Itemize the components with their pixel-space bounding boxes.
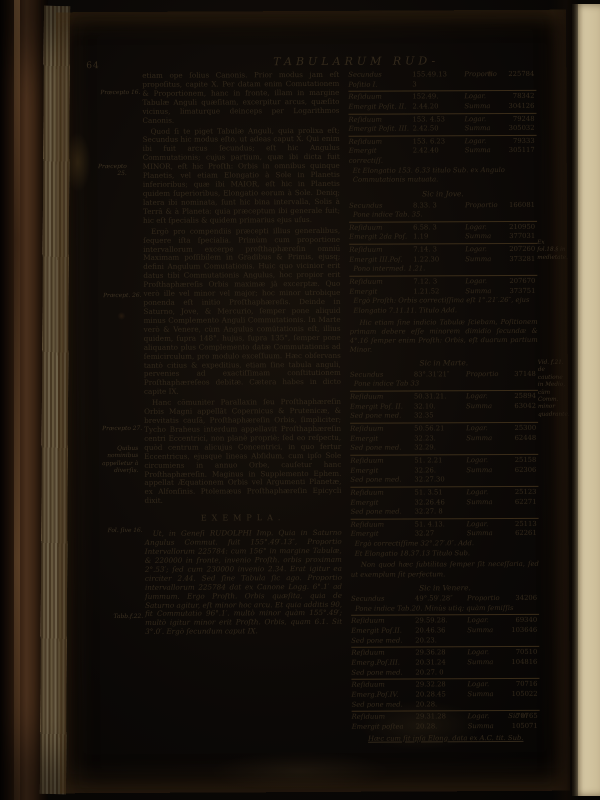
table-row: Reſiduum29.32.28Logar.70716 bbox=[351, 678, 539, 691]
table-row: Reſiduum51. 4.13.Logar.25113 bbox=[351, 518, 539, 531]
table-cell: Summa bbox=[465, 233, 497, 243]
table-cell: 62271 bbox=[501, 497, 539, 507]
table-cell: Summa bbox=[465, 147, 497, 166]
table-cell: 32.27 bbox=[415, 530, 465, 540]
table-cell: 69340 bbox=[501, 616, 539, 626]
table-cell: Logar. bbox=[465, 223, 497, 233]
table-row: Emergit correctiſſ.2.42.40Summa305117 bbox=[349, 146, 537, 166]
table-row: Emergit Poſit. II.2.44.20Summa304126 bbox=[348, 102, 536, 113]
table-cell: Logar. bbox=[467, 617, 499, 627]
table-cell: Logar. bbox=[466, 456, 498, 466]
table-row: Sed pone med.20.27. 0 bbox=[351, 668, 539, 679]
table-note: Non quod hæc ſubtilitas ſemper ſit neceſ… bbox=[351, 560, 539, 579]
table-row: Poſitio I.3 bbox=[348, 79, 536, 90]
table-row: Reſiduum6.58. 3Logar.210950 bbox=[349, 221, 537, 234]
table-cell: Sed pone med. bbox=[352, 700, 414, 710]
table-cell: 32.10. bbox=[414, 402, 464, 412]
table-cell: Summa bbox=[468, 722, 500, 732]
table-row: Reſiduum50.31.21.Logar.25894 bbox=[350, 390, 538, 403]
table-cell: 207670 bbox=[499, 277, 537, 287]
table-cell bbox=[466, 443, 498, 453]
table-note: Hæc cum ſit ipſa Elong. data ex A.C. tit… bbox=[352, 733, 540, 744]
table-note: Et Elongatio 153. 6.33 titulo Sub. ex An… bbox=[349, 166, 537, 186]
table-cell: Proportio bbox=[466, 370, 498, 380]
table-row: Sed pone med.20.28. bbox=[352, 699, 540, 710]
table-cell: Emergit bbox=[351, 530, 413, 540]
table-row: Sed pone med.32.27. 8 bbox=[351, 507, 539, 518]
section-heading: EXEMPLA. bbox=[145, 513, 342, 524]
table-cell: Emergit Poſit. II. bbox=[348, 102, 410, 112]
table-cell: Emergit bbox=[350, 434, 412, 444]
table-cell: Emerg.Poſ.III. bbox=[351, 659, 413, 669]
paragraph: Hanc cōmuniter Parallaxin ſeu Proſthaphæ… bbox=[144, 398, 342, 506]
table-cell: 25113 bbox=[501, 520, 539, 530]
table-cell: 155.49.13 bbox=[412, 70, 462, 80]
table-cell: Summa bbox=[464, 102, 496, 112]
paragraph-example: Ut, in Geneſi RUDOLPHI Imp. Quia in Satu… bbox=[145, 529, 343, 637]
table-cell: Emergit III.Poſ. bbox=[349, 255, 411, 265]
table-cell: Secundus bbox=[349, 201, 411, 211]
table-cell: Emergit 2da Poſ. bbox=[349, 233, 411, 243]
table-cell: Logar. bbox=[465, 245, 497, 255]
table-row: Reſiduum50.56.21Logar.25300 bbox=[350, 422, 538, 435]
table-cell: Summa bbox=[466, 402, 498, 412]
table-row: Reſiduum153. 6.23Logar.79333 bbox=[349, 135, 537, 148]
table-cell: 377031 bbox=[499, 232, 537, 242]
table-cell: 104816 bbox=[501, 658, 539, 668]
table-section-heading: Sic in Venere. bbox=[351, 583, 539, 594]
margin-note: Præcepto 25. bbox=[87, 164, 127, 179]
table-cell: 49°.59′.28″ bbox=[415, 594, 465, 604]
spine-highlight bbox=[14, 0, 20, 800]
table-cell: Secundus bbox=[348, 70, 410, 80]
table-cell: 34206 bbox=[501, 594, 539, 604]
table-cell bbox=[466, 475, 498, 485]
table-cell: Proportio bbox=[467, 594, 499, 604]
table-cell: 210950 bbox=[499, 223, 537, 233]
table-cell: 32.23. bbox=[414, 434, 464, 444]
table-cell: Secundus bbox=[351, 595, 413, 605]
table-cell: Logar. bbox=[464, 92, 496, 102]
table-cell: 225784 bbox=[498, 70, 536, 80]
table-cell: 153. 6.23 bbox=[413, 137, 463, 147]
table-row: Reſiduum152.49.Logar.78342 bbox=[348, 90, 536, 103]
table-cell: Emerg.Poſ.IV. bbox=[352, 690, 414, 700]
table-cell: Reſiduum bbox=[349, 223, 411, 233]
table-section-heading: Sic in Marte. bbox=[350, 358, 538, 369]
table-cell: 1.22.30 bbox=[413, 255, 463, 265]
table-note: Hic etiam ſine indicio Tabulæ ſciebam, P… bbox=[350, 317, 538, 355]
text-columns: etiam ope ſolius Canonis. Prior modus ja… bbox=[142, 70, 540, 745]
table-cell: Logar. bbox=[466, 488, 498, 498]
table-cell: Reſiduum bbox=[349, 137, 411, 147]
table-cell: 153. 4.53 bbox=[413, 115, 463, 125]
table-note: Pono intermed. 1.21. bbox=[349, 264, 537, 275]
table-row: Emergit poſtea20.28.Summa105071 bbox=[352, 722, 540, 733]
table-cell: 7.12. 3 bbox=[413, 277, 463, 287]
table-cell: Summa bbox=[466, 434, 498, 444]
table-cell: Summa bbox=[465, 255, 497, 265]
table-cell: 32.27. 8 bbox=[415, 507, 465, 517]
table-cell: 62261 bbox=[501, 529, 539, 539]
table-cell: Reſiduum bbox=[351, 617, 413, 627]
margin-note: Quibus nominibus appelletur à diverſis. bbox=[92, 446, 138, 476]
table-cell: Logar. bbox=[466, 392, 498, 402]
table-cell: Logar. bbox=[466, 424, 498, 434]
table-cell: Reſiduum bbox=[351, 681, 413, 691]
table-cell bbox=[468, 700, 500, 710]
book-page: 64 TABULARUM RUD- Præcepto 16. Præcepto … bbox=[56, 10, 570, 794]
table-cell: 1.21.52 bbox=[413, 287, 463, 297]
table-cell: 152.49. bbox=[412, 92, 462, 102]
table-row: Emergit 2da Poſ.1.19Summa377031 bbox=[349, 232, 537, 243]
table-cell: 105022 bbox=[502, 690, 540, 700]
table-cell: Emergit Poſit. III. bbox=[349, 125, 411, 135]
table-cell: Poſitio I. bbox=[348, 80, 410, 90]
table-cell bbox=[467, 507, 499, 517]
table-cell: Logar. bbox=[467, 520, 499, 530]
table-note: Pone indice Tab 33 bbox=[350, 379, 538, 390]
table-row: Reſiduum51. 3.51Logar.25123 bbox=[350, 486, 538, 499]
table-cell: Summa bbox=[465, 124, 497, 134]
table-cell: 20.27. 0 bbox=[415, 668, 465, 678]
table-cell: 32.26.46 bbox=[415, 498, 465, 508]
table-cell bbox=[467, 636, 499, 646]
table-cell: 20.28.45 bbox=[416, 690, 466, 700]
table-cell: 25123 bbox=[500, 488, 538, 498]
table-cell: Summa bbox=[468, 690, 500, 700]
table-cell: 1.19 bbox=[413, 233, 463, 243]
table-cell: 79248 bbox=[499, 114, 537, 124]
table-cell: 32.26. bbox=[414, 466, 464, 476]
table-cell: 62306 bbox=[500, 465, 538, 475]
table-cell bbox=[500, 475, 538, 485]
table-cell: 7.14. 3 bbox=[413, 245, 463, 255]
page-number: 64 bbox=[86, 61, 100, 71]
table-cell: 103646 bbox=[501, 626, 539, 636]
margin-note: Tabb.f.22. bbox=[89, 614, 143, 622]
table-cell: Reſiduum bbox=[349, 246, 411, 256]
table-cell bbox=[464, 80, 496, 90]
margin-note: Præcepto 16. bbox=[86, 90, 140, 98]
table-cell: Logar. bbox=[468, 712, 500, 722]
table-cell: 29.31.28 bbox=[416, 712, 466, 722]
table-cell: Emergit Poſ. II. bbox=[350, 402, 412, 412]
running-title: TABULARUM RUD- bbox=[206, 54, 506, 69]
table-cell: 2.44.20 bbox=[412, 102, 462, 112]
table-cell: 373281 bbox=[499, 255, 537, 265]
table-cell: Reſiduum bbox=[352, 713, 414, 723]
table-row: Reſiduum51. 2.21Logar.25158 bbox=[350, 454, 538, 467]
table-cell: 29.36.28 bbox=[415, 649, 465, 659]
table-cell: 2.42.50 bbox=[413, 124, 463, 134]
stain bbox=[210, 751, 390, 792]
table-note: Ergò Proſth: Orbis correctiſſima eſt 1°.… bbox=[349, 296, 537, 316]
table-cell: Sed pone med. bbox=[350, 412, 412, 422]
table-cell: Sed pone med. bbox=[351, 636, 413, 646]
table-cell: Emergit Poſ.II. bbox=[351, 627, 413, 637]
table-row: Secundus8.33. 3Proportio166081 bbox=[349, 200, 537, 211]
table-cell: Reſiduum bbox=[349, 278, 411, 288]
table-cell: Summa bbox=[466, 466, 498, 476]
table-cell: 78342 bbox=[498, 92, 536, 102]
table-cell: 79333 bbox=[499, 137, 537, 147]
table-row: Emergit32.27Summa62261 bbox=[351, 529, 539, 540]
table-cell: 51. 2.21 bbox=[414, 456, 464, 466]
table-cell: Reſiduum bbox=[350, 424, 412, 434]
paragraph: etiam ope ſolius Canonis. Prior modus ja… bbox=[142, 71, 339, 126]
table-cell: 20.28. bbox=[416, 700, 466, 710]
paragraph: Quod ſi te piget Tabulæ Anguli, quia pro… bbox=[143, 126, 341, 225]
table-cell: 29.59.28. bbox=[415, 617, 465, 627]
table-cell bbox=[466, 411, 498, 421]
table-cell: 63042 bbox=[500, 402, 538, 412]
table-cell: Reſiduum bbox=[351, 649, 413, 659]
table-cell: Summa bbox=[467, 529, 499, 539]
table-cell: Reſiduum bbox=[351, 520, 413, 530]
table-cell: 373751 bbox=[499, 287, 537, 297]
table-cell: Reſiduum bbox=[350, 456, 412, 466]
table-cell: 32.29. bbox=[414, 444, 464, 454]
table-cell bbox=[500, 443, 538, 453]
table-cell: Proportio bbox=[464, 70, 496, 80]
table-cell: 166081 bbox=[499, 200, 537, 210]
table-cell: 207260 bbox=[499, 245, 537, 255]
table-cell: 20.31.24 bbox=[415, 658, 465, 668]
ink-speck bbox=[118, 312, 126, 320]
table-row: Secundus83°.31′21″Proportio37148 bbox=[350, 370, 538, 381]
table-cell: 70510 bbox=[501, 648, 539, 658]
table-note: Et Elongatio 18.37.13 Titulo Sub. bbox=[351, 549, 539, 560]
table-cell: Proportio bbox=[465, 201, 497, 211]
margin-note: Præcept. 26. bbox=[87, 293, 141, 301]
table-section-heading: Sic in Jove. bbox=[349, 189, 537, 200]
table-cell: Reſiduum bbox=[350, 393, 412, 403]
table-cell: Reſiduum bbox=[348, 93, 410, 103]
table-cell: 83°.31′21″ bbox=[414, 370, 464, 380]
table-row: Sed pone med.32.27.30 bbox=[350, 475, 538, 486]
gutter-shadow bbox=[552, 0, 578, 800]
table-cell: 32.35 bbox=[414, 412, 464, 422]
table-cell: 6.58. 3 bbox=[413, 223, 463, 233]
table-cell bbox=[500, 411, 538, 421]
table-cell: 51. 3.51 bbox=[414, 488, 464, 498]
table-row: Reſiduum29.36.28Logar.70510 bbox=[351, 646, 539, 659]
table-cell bbox=[502, 699, 540, 709]
table-cell: 8.33. 3 bbox=[413, 201, 463, 211]
table-cell: Secundus bbox=[350, 370, 412, 380]
table-cell: Emergit correctiſſ. bbox=[349, 147, 411, 167]
table-cell: 305032 bbox=[499, 124, 537, 134]
table-cell bbox=[498, 79, 536, 89]
table-cell: Sed pone med. bbox=[351, 668, 413, 678]
table-cell: Emergit poſtea bbox=[352, 722, 414, 732]
table-cell: 25300 bbox=[500, 424, 538, 434]
table-cell bbox=[501, 668, 539, 678]
table-cell: Logar. bbox=[467, 648, 499, 658]
table-cell: 304126 bbox=[498, 102, 536, 112]
table-row: Reſiduum153. 4.53Logar.79248 bbox=[348, 112, 536, 125]
table-cell: Reſiduum bbox=[350, 488, 412, 498]
table-cell: Sed pone med. bbox=[350, 476, 412, 486]
stain bbox=[65, 132, 91, 192]
table-cell: 20.46.36 bbox=[415, 626, 465, 636]
table-cell: Summa bbox=[467, 498, 499, 508]
table-cell: 105071 bbox=[502, 722, 540, 732]
table-cell: 25894 bbox=[500, 392, 538, 402]
table-row: Reſiduum7.14. 3Logar.207260 bbox=[349, 243, 537, 256]
table-cell: Reſiduum bbox=[349, 115, 411, 125]
table-row: Reſiduum29.59.28.Logar.69340 bbox=[351, 614, 539, 627]
table-column: Secundus155.49.13Proportio225784Poſitio … bbox=[348, 70, 540, 744]
table-cell: 32.27.30 bbox=[414, 475, 464, 485]
body-column: etiam ope ſolius Canonis. Prior modus ja… bbox=[142, 71, 343, 745]
photo-frame: 64 TABULARUM RUD- Præcepto 16. Præcepto … bbox=[0, 0, 600, 800]
margin-note: Fol. ſive 16. bbox=[89, 528, 143, 536]
table-cell: 2.42.40 bbox=[413, 147, 463, 167]
table-row: Reſiduum7.12. 3Logar.207670 bbox=[349, 275, 537, 288]
table-cell: Logar. bbox=[465, 277, 497, 287]
table-cell: Summa bbox=[465, 287, 497, 297]
table-cell: Sed pone med. bbox=[351, 508, 413, 518]
margin-note: Præcepto 27. bbox=[88, 426, 142, 434]
table-note: Pone indice Tab. 35. bbox=[349, 210, 537, 221]
table-cell bbox=[467, 668, 499, 678]
paragraph: Ergò pro compendiis præcepti illius gene… bbox=[143, 227, 341, 398]
table-cell: 70716 bbox=[501, 680, 539, 690]
table-note: Pone indice Tab.20. Minùs utiq; quàm ſem… bbox=[351, 604, 539, 615]
table-cell: Logar. bbox=[467, 680, 499, 690]
table-cell: 305117 bbox=[499, 146, 537, 165]
table-cell: 62448 bbox=[500, 433, 538, 443]
table-row: Sed pone med.32.29. bbox=[350, 443, 538, 454]
table-cell: Summa bbox=[467, 626, 499, 636]
table-cell: Sed pone med. bbox=[350, 444, 412, 454]
table-cell: 25158 bbox=[500, 456, 538, 466]
table-cell bbox=[501, 507, 539, 517]
table-cell: 20.23. bbox=[415, 636, 465, 646]
table-cell: 50.31.21. bbox=[414, 392, 464, 402]
table-row: Sed pone med.20.23. bbox=[351, 636, 539, 647]
table-cell: Emergit bbox=[351, 498, 413, 508]
table-cell bbox=[501, 636, 539, 646]
table-cell: 50.56.21 bbox=[414, 424, 464, 434]
table-cell: Logar. bbox=[465, 115, 497, 125]
table-cell: 37148 bbox=[500, 370, 538, 380]
table-row: Emergit III.Poſ.1.22.30Summa373281 bbox=[349, 255, 537, 266]
table-row: Sed pone med.32.35 bbox=[350, 411, 538, 422]
table-cell: 29.32.28 bbox=[415, 681, 465, 691]
table-row: Emergit Poſit. III.2.42.50Summa305032 bbox=[349, 124, 537, 135]
table-cell: 3 bbox=[412, 80, 462, 90]
table-cell: Emergit bbox=[350, 466, 412, 476]
table-cell: Emergit bbox=[349, 287, 411, 297]
table-cell: 51. 4.13. bbox=[415, 520, 465, 530]
table-cell: 20.28. bbox=[416, 722, 466, 732]
table-cell: Logar. bbox=[465, 137, 497, 147]
table-cell: Summa bbox=[467, 658, 499, 668]
catchword: Sic in bbox=[508, 712, 541, 720]
